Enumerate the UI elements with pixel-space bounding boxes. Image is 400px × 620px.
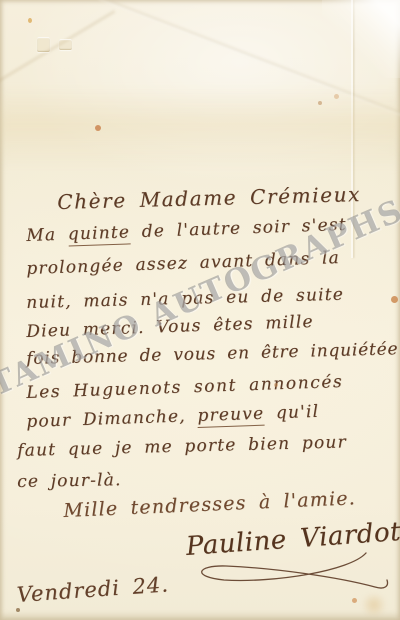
foxing-spot: [28, 18, 32, 23]
foxing-spot: [391, 296, 398, 303]
paper-crease: [99, 0, 400, 118]
body-text-segment: pour Dimanche,: [26, 406, 198, 432]
foxing-spot: [95, 125, 101, 131]
paper-stain: [360, 594, 388, 616]
body-line-4: Dieu merci. Vous êtes mille: [26, 312, 314, 342]
letter-scan: Chère Madame Crémieux Ma quinte de l'aut…: [0, 0, 400, 620]
underlined-word: quinte: [68, 222, 131, 246]
body-line-6: Les Huguenots sont annoncés: [26, 372, 344, 403]
closing-line: Mille tendresses à l'amie.: [63, 487, 356, 522]
body-line-8: faut que je me porte bien pour: [17, 432, 347, 461]
foxing-spot: [16, 608, 20, 612]
foxing-spot: [334, 94, 339, 99]
body-line-7: pour Dimanche, preuve qu'il: [26, 402, 320, 432]
foxing-spot: [318, 101, 322, 105]
body-text-segment: qu'il: [264, 402, 320, 424]
salutation-line: Chère Madame Crémieux: [57, 182, 361, 214]
body-line-5: fois bonne de vous en être inquiétée.: [26, 339, 400, 369]
body-text-segment: Ma: [26, 225, 68, 246]
page-corner-highlight: [322, 0, 400, 78]
paper-crease: [0, 10, 116, 85]
paper-fold-line: [351, 0, 353, 258]
body-line-3: nuit, mais n'a pas eu de suite: [26, 285, 344, 313]
signature-flourish: [178, 550, 396, 596]
paper-shading: [0, 86, 400, 170]
embossed-stamp: [59, 39, 72, 50]
body-line-1: Ma quinte de l'autre soir s'est: [26, 215, 347, 246]
underlined-word: preuve: [197, 404, 265, 428]
date-line: Vendredi 24.: [16, 572, 170, 607]
embossed-stamp: [37, 37, 50, 52]
body-line-2: prolongée assez avant dans la: [26, 248, 340, 279]
foxing-spot: [352, 598, 357, 603]
body-line-9: ce jour-là.: [17, 470, 122, 492]
body-text-segment: de l'autre soir s'est: [130, 215, 347, 243]
